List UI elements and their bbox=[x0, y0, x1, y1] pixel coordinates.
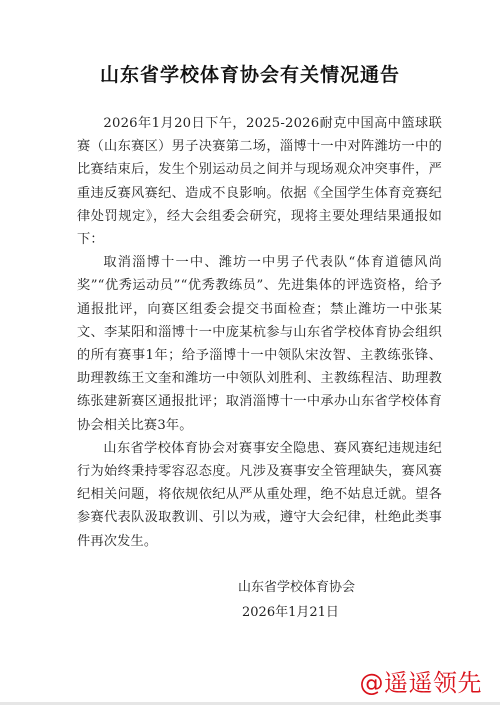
paragraph-penalties: 取消淄博十一中、潍坊一中男子代表队“体育道德风尚奖”“优秀运动员”“优秀教练员”… bbox=[77, 251, 442, 437]
signature-block: 山东省学校体育协会 2026年1月21日 bbox=[238, 575, 355, 625]
signature-date: 2026年1月21日 bbox=[238, 600, 355, 625]
signature-organization: 山东省学校体育协会 bbox=[238, 575, 355, 600]
paragraph-statement: 山东省学校体育协会对赛事安全隐患、赛风赛纪违规违纪行为始终秉持零容忍态度。凡涉及… bbox=[77, 437, 442, 553]
document-title: 山东省学校体育协会有关情况通告 bbox=[0, 60, 500, 87]
paragraph-incident: 2026年1月20日下午，2025-2026耐克中国高中篮球联赛（山东赛区）男子… bbox=[77, 112, 442, 251]
document-body: 2026年1月20日下午，2025-2026耐克中国高中篮球联赛（山东赛区）男子… bbox=[77, 112, 442, 553]
watermark-label: @遥遥领先 bbox=[360, 663, 483, 698]
